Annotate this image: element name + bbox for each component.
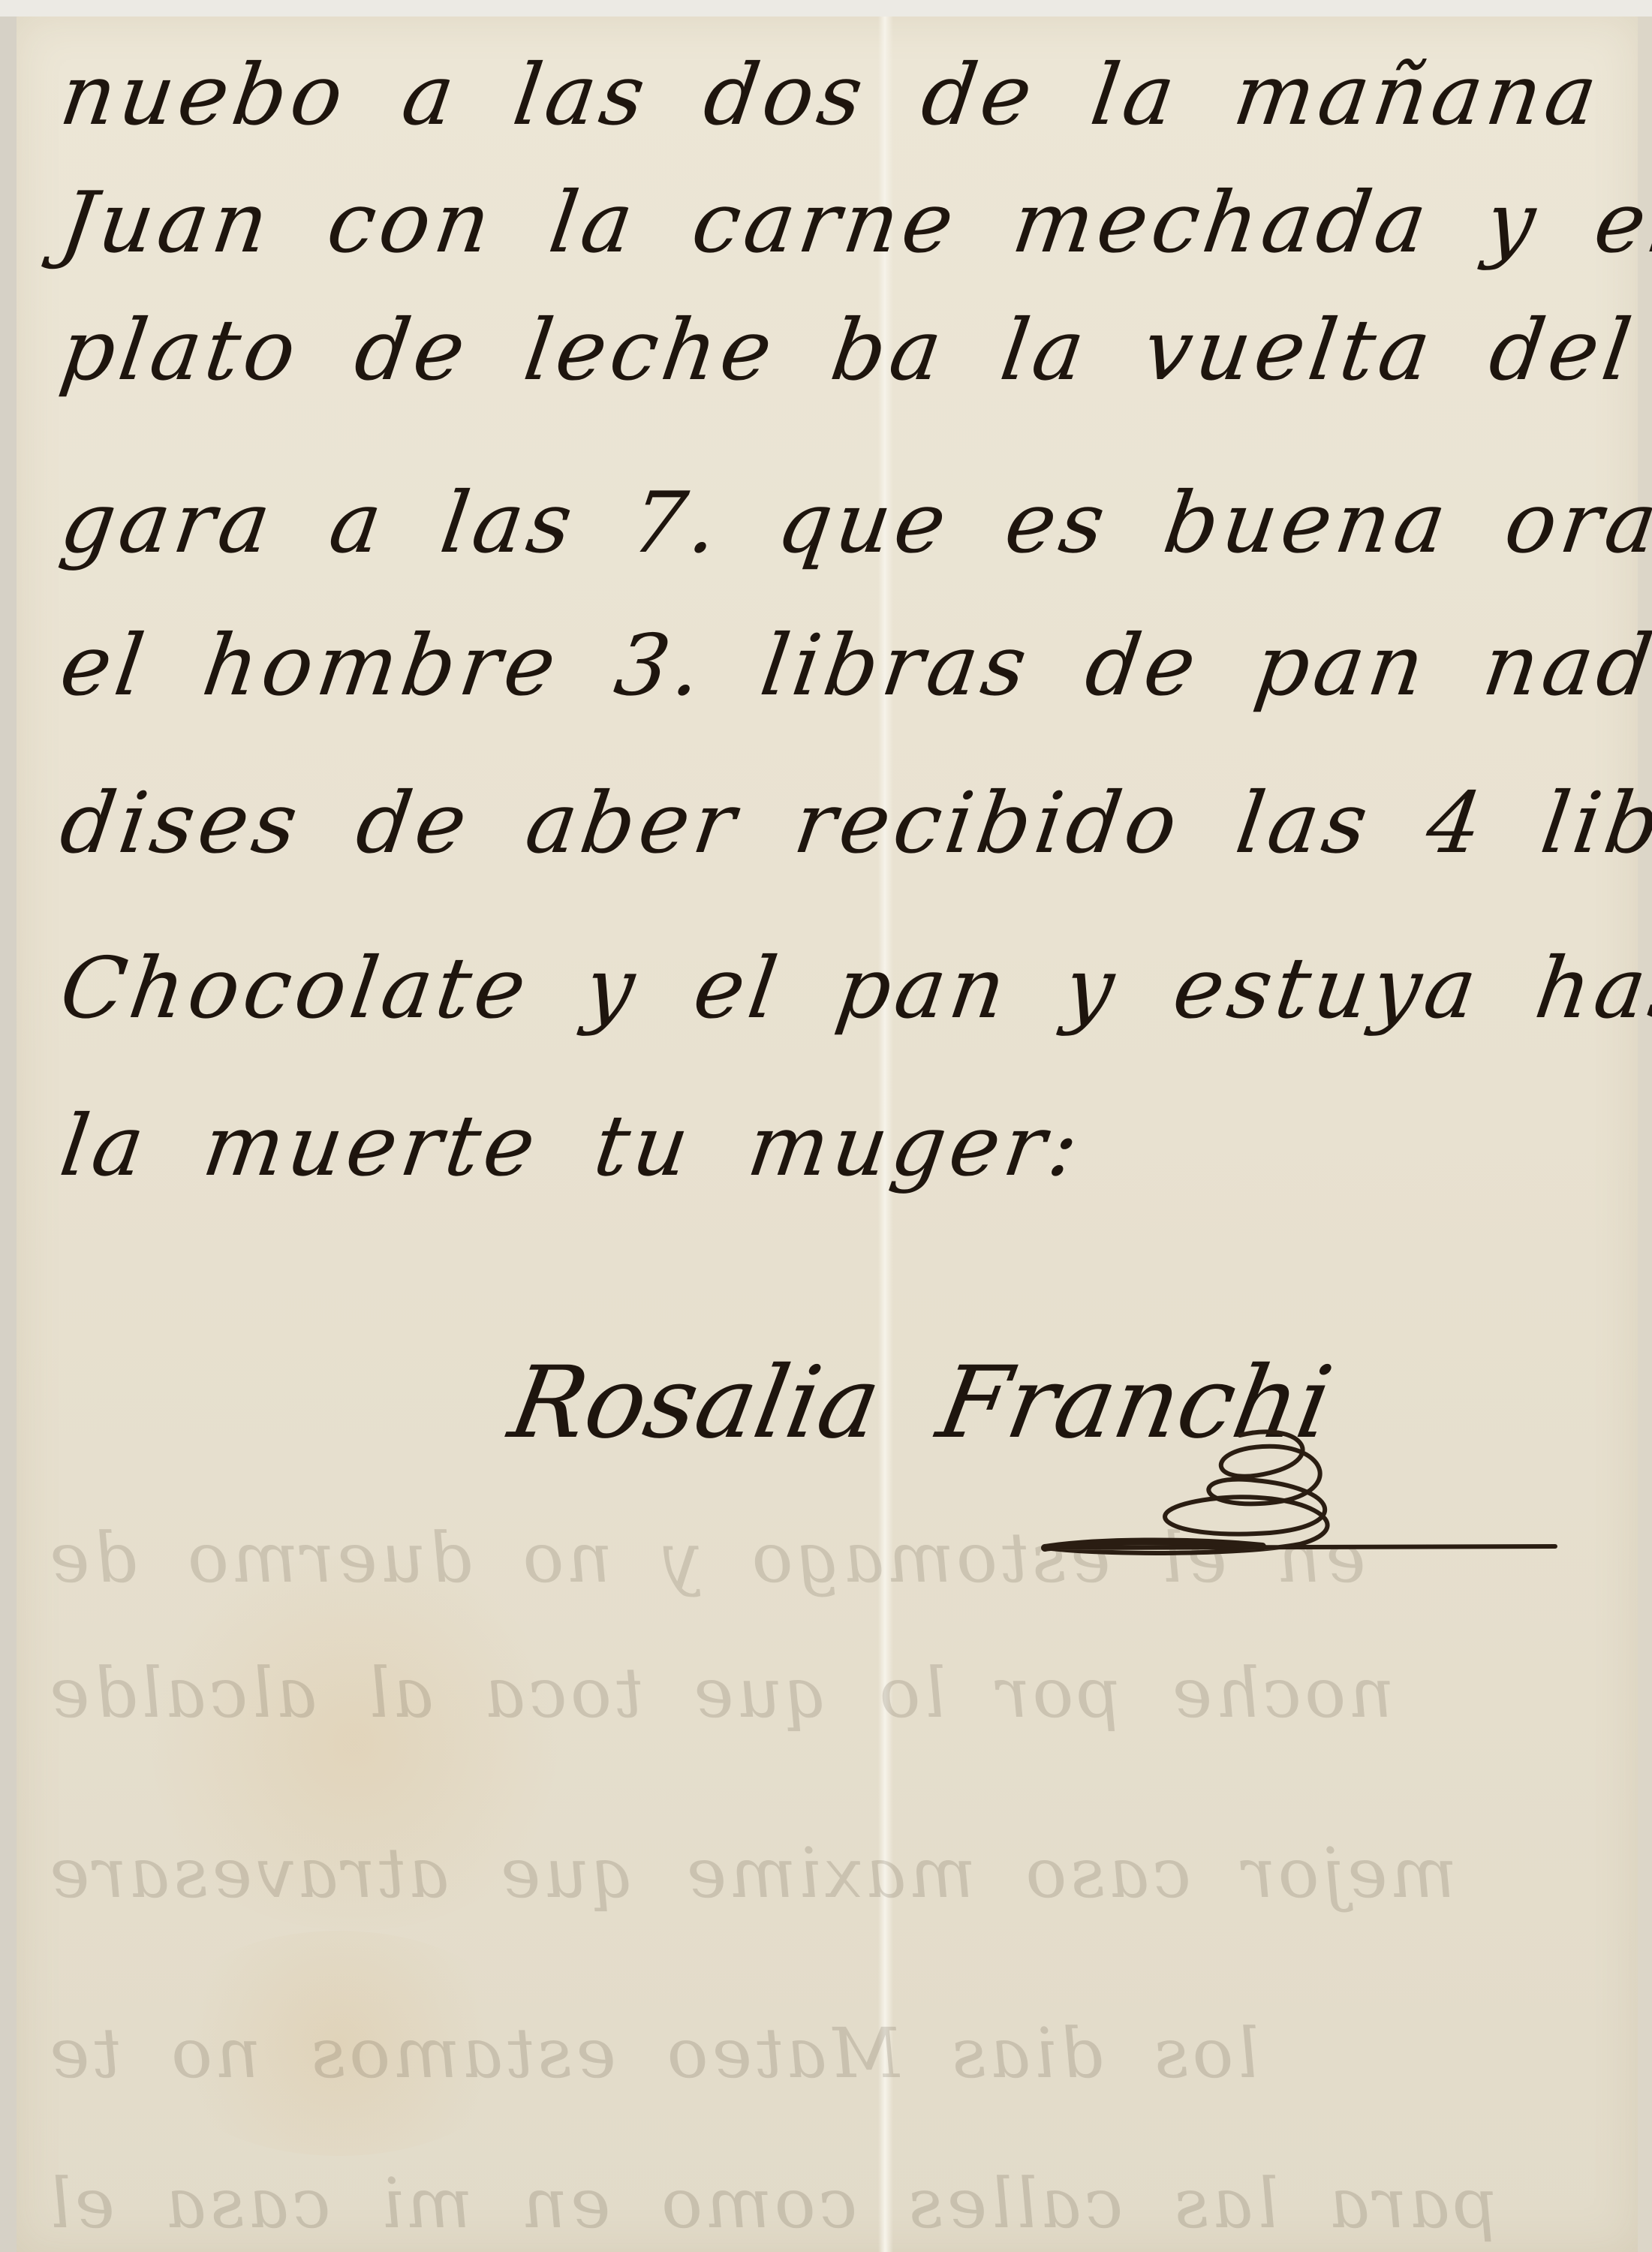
bleed-through-line: los dias Mateo estamos no te bbox=[42, 2013, 1263, 2094]
letter-line: el hombre 3. libras de pan nada bbox=[55, 617, 1652, 715]
letter-line: la muerte tu muger: bbox=[55, 1097, 1089, 1195]
letter-line: nuebo a las dos de la mañana saldra bbox=[55, 47, 1652, 144]
signature-rubric-icon bbox=[1015, 1413, 1585, 1563]
bleed-through-line: noche por lo que toca al alcalde bbox=[42, 1653, 1398, 1733]
bleed-through-line: para las calles como en mi casa el bbox=[42, 2163, 1502, 2244]
letter-line: Juan con la carne mechada y el bbox=[55, 174, 1652, 272]
letter-line: Chocolate y el pan y estuya hasta bbox=[55, 940, 1652, 1037]
letter-line: plato de leche ba la vuelta del Me bbox=[55, 302, 1652, 399]
letter-line: dises de aber recibido las 4 libras de bbox=[55, 775, 1652, 872]
bleed-through-line: mejor caso maxime que atravesare bbox=[42, 1833, 1461, 1913]
scan-left-edge bbox=[0, 0, 17, 2252]
letter-line: gara a las 7. que es buena ora Lleba bbox=[55, 474, 1652, 572]
letter-page: en el estomago y no duermo de noche por … bbox=[17, 17, 1638, 2252]
scan-top-edge bbox=[0, 0, 1652, 17]
